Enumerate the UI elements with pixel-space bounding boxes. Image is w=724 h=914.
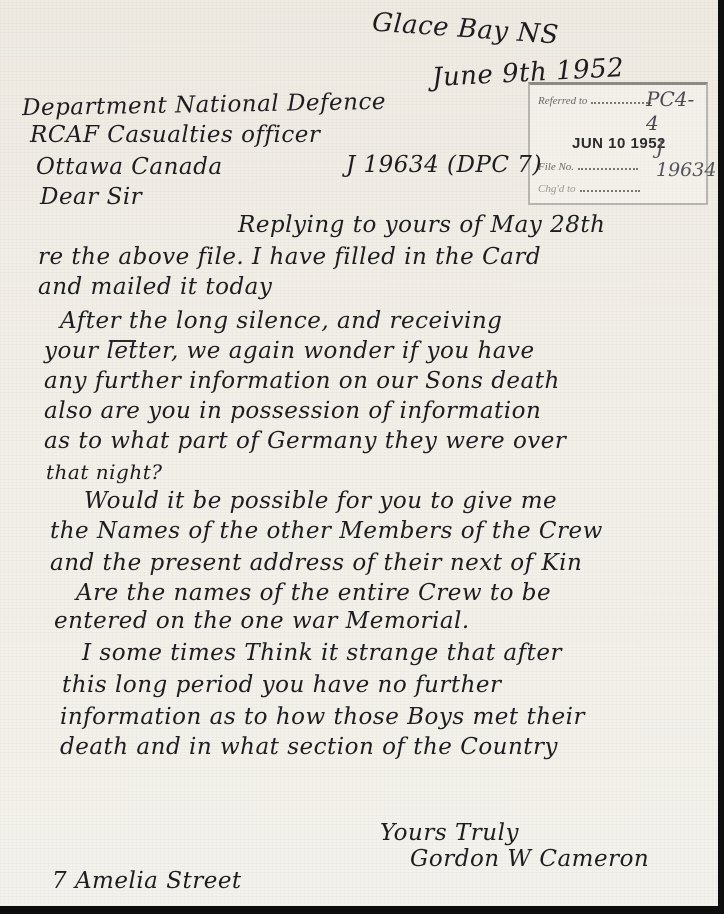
body-line-15: I some times Think it strange that after: [82, 640, 562, 666]
salutation: Dear Sir: [40, 184, 142, 210]
body-line-3: and mailed it today: [38, 274, 272, 300]
return-address: 7 Amelia Street: [52, 868, 242, 894]
letter-page: Glace Bay NS June 9th 1952 Referred to P…: [0, 0, 718, 906]
body-line-17: information as to how those Boys met the…: [60, 704, 585, 730]
dotted-line: [591, 102, 651, 104]
file-reference: J 19634 (DPC 7): [346, 152, 542, 178]
body-line-12: and the present address of their next of…: [50, 550, 582, 576]
body-line-4: After the long silence, and receiving: [60, 308, 502, 334]
body-line-5: your letter, we again wonder if you have: [44, 338, 535, 364]
body-line-11: the Names of the other Members of the Cr…: [50, 518, 603, 544]
stamp-date: JUN 10 1952: [572, 135, 666, 152]
body-line-10: Would it be possible for you to give me: [84, 488, 557, 514]
addressee-line-1: Department National Defence: [22, 89, 386, 121]
signature: Gordon W Cameron: [410, 846, 649, 872]
body-line-18: death and in what section of the Country: [60, 734, 558, 760]
letter-place: Glace Bay NS: [371, 8, 560, 51]
stamp-chgd-label: Chg'd to: [538, 183, 576, 195]
body-line-9: that night?: [46, 460, 162, 484]
stamp-file-value: J 19634: [656, 137, 716, 181]
dotted-line: [580, 190, 640, 192]
dotted-line: [578, 168, 638, 170]
stamp-referred-label: Referred to: [538, 95, 587, 107]
body-line-6: any further information on our Sons deat…: [44, 368, 560, 394]
stamp-referred-value: PC4-4: [646, 87, 706, 135]
received-stamp: Referred to PC4-4 JUN 10 1952 J 19634 Fi…: [528, 82, 708, 205]
body-line-8: as to what part of Germany they were ove…: [44, 428, 566, 454]
body-line-13: Are the names of the entire Crew to be: [76, 580, 551, 606]
addressee-line-3: Ottawa Canada: [36, 154, 223, 180]
stamp-file-label: File No.: [538, 161, 574, 173]
body-line-2: re the above file. I have filled in the …: [38, 244, 541, 270]
closing: Yours Truly: [380, 820, 519, 846]
body-line-7: also are you in possession of informatio…: [44, 398, 541, 424]
body-line-1: Replying to yours of May 28th: [238, 212, 605, 238]
addressee-line-2: RCAF Casualties officer: [30, 122, 320, 148]
body-line-14: entered on the one war Memorial.: [54, 608, 470, 634]
body-line-16: this long period you have no further: [62, 672, 502, 698]
